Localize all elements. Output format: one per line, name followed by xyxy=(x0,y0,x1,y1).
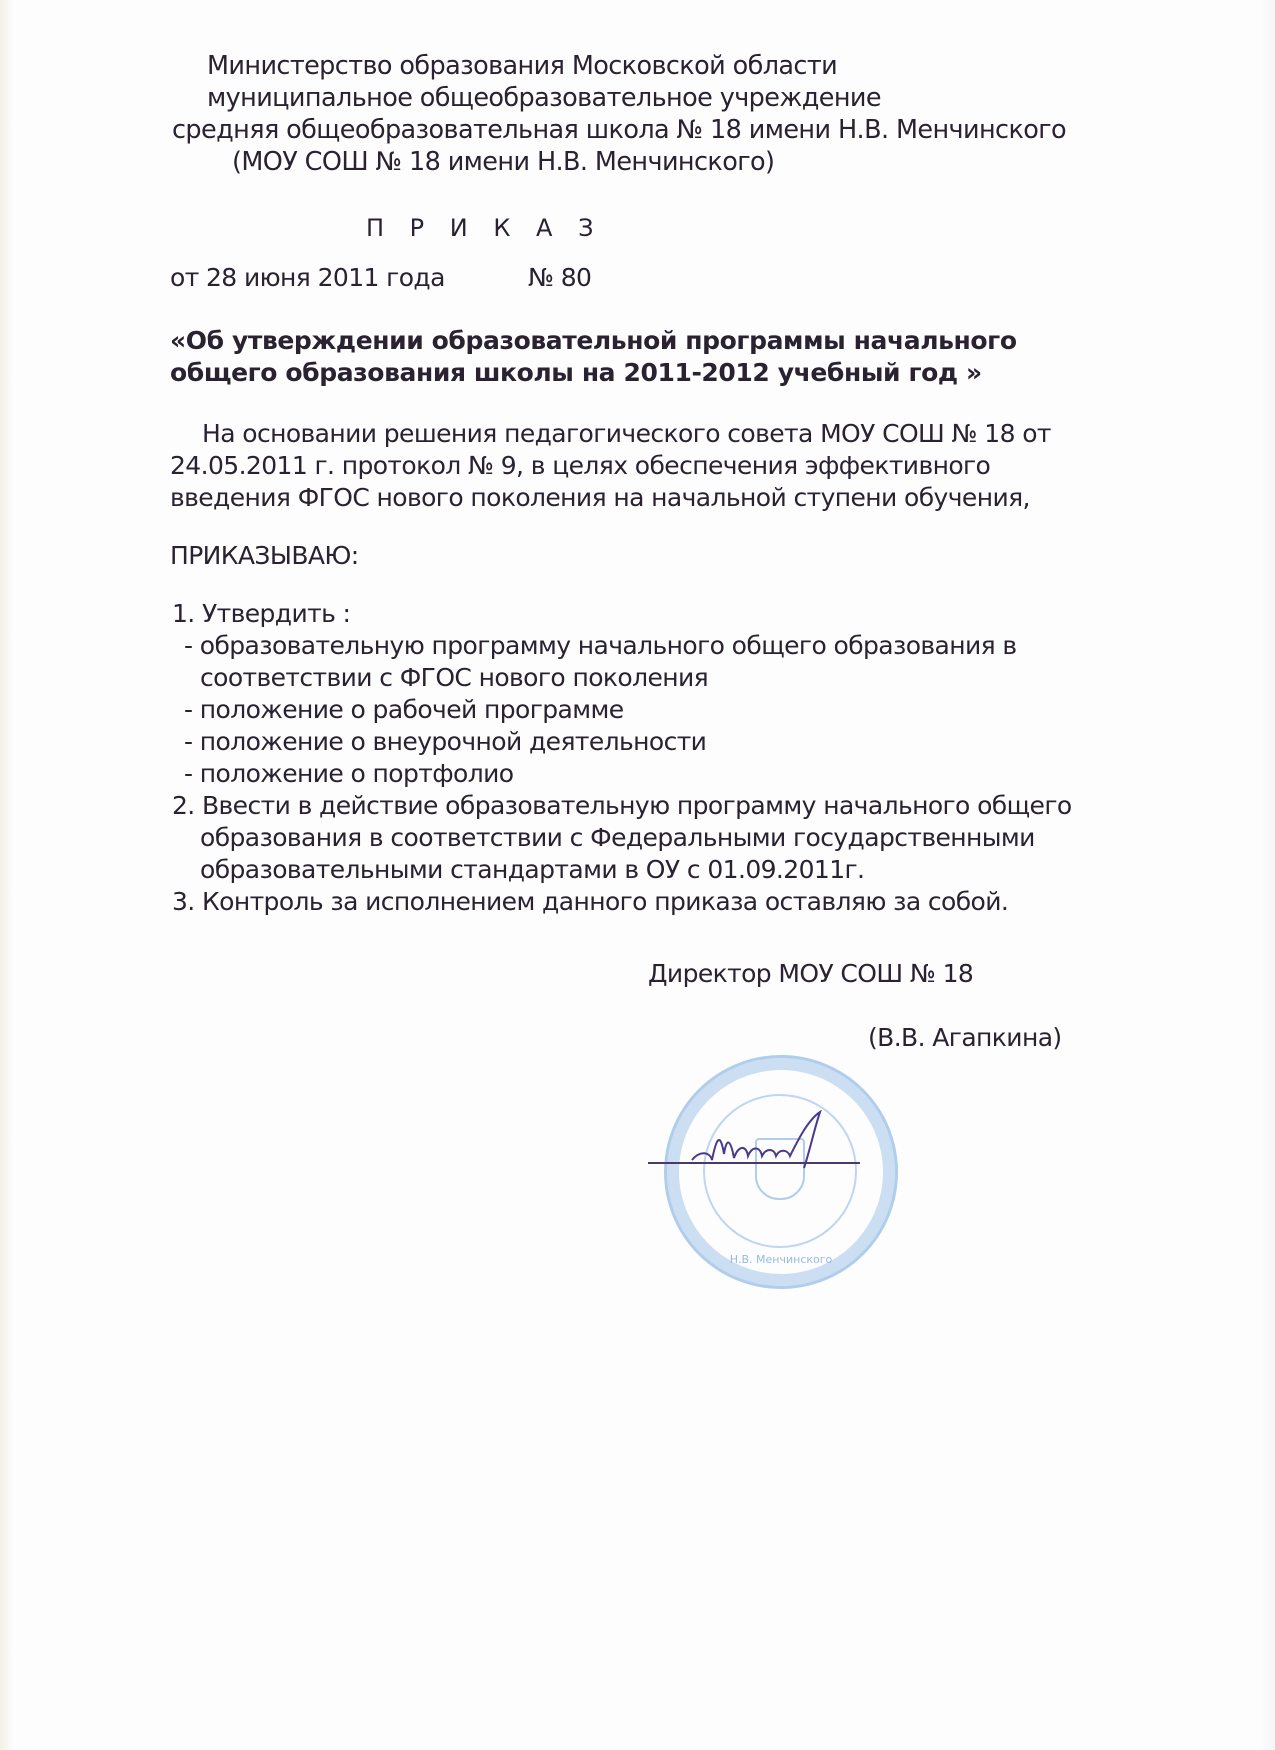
header-school-name: средняя общеобразовательная школа № 18 и… xyxy=(172,114,1066,146)
signatory-position: Директор МОУ СОШ № 18 xyxy=(648,958,973,990)
handwritten-signature-icon xyxy=(690,1110,840,1170)
header-school-short: (МОУ СОШ № 18 имени Н.В. Менчинского) xyxy=(232,146,774,178)
header-institution-type: муниципальное общеобразовательное учрежд… xyxy=(207,82,881,114)
order-date: от 28 июня 2011 года xyxy=(170,262,445,294)
item-1-sub-1-line-2: соответствии с ФГОС нового поколения xyxy=(200,662,708,694)
item-3-line-1: 3. Контроль за исполнением данного прика… xyxy=(172,886,1008,918)
order-number: № 80 xyxy=(528,262,591,294)
order-title-line-1: «Об утверждении образовательной программ… xyxy=(170,325,1017,357)
order-title-line-2: общего образования школы на 2011-2012 уч… xyxy=(170,357,982,389)
preamble-line-1: На основании решения педагогического сов… xyxy=(202,418,1051,450)
preamble-line-2: 24.05.2011 г. протокол № 9, в целях обес… xyxy=(170,450,990,482)
stamp-text: Н.В. Менчинского xyxy=(667,1253,895,1266)
preamble-line-3: введения ФГОС нового поколения на началь… xyxy=(170,482,1030,514)
item-1-sub-3: - положение о внеурочной деятельности xyxy=(184,726,706,758)
item-1-sub-2: - положение о рабочей программе xyxy=(184,694,624,726)
signatory-name: (В.В. Агапкина) xyxy=(868,1022,1062,1054)
item-1-sub-1-line-1: - образовательную программу начального о… xyxy=(184,630,1017,662)
item-2-line-2: образования в соответствии с Федеральным… xyxy=(200,822,1035,854)
document-type-heading: П Р И К А З xyxy=(366,212,602,244)
official-stamp: Н.В. Менчинского xyxy=(664,1055,898,1289)
item-2-line-3: образовательными стандартами в ОУ с 01.0… xyxy=(200,854,864,886)
item-2-line-1: 2. Ввести в действие образовательную про… xyxy=(172,790,1072,822)
order-directive-word: ПРИКАЗЫВАЮ: xyxy=(170,540,359,572)
item-1-sub-4: - положение о портфолио xyxy=(184,758,513,790)
item-1-heading: 1. Утвердить : xyxy=(172,598,350,630)
header-ministry: Министерство образования Московской обла… xyxy=(207,50,837,82)
document-page: Министерство образования Московской обла… xyxy=(0,0,1275,1750)
